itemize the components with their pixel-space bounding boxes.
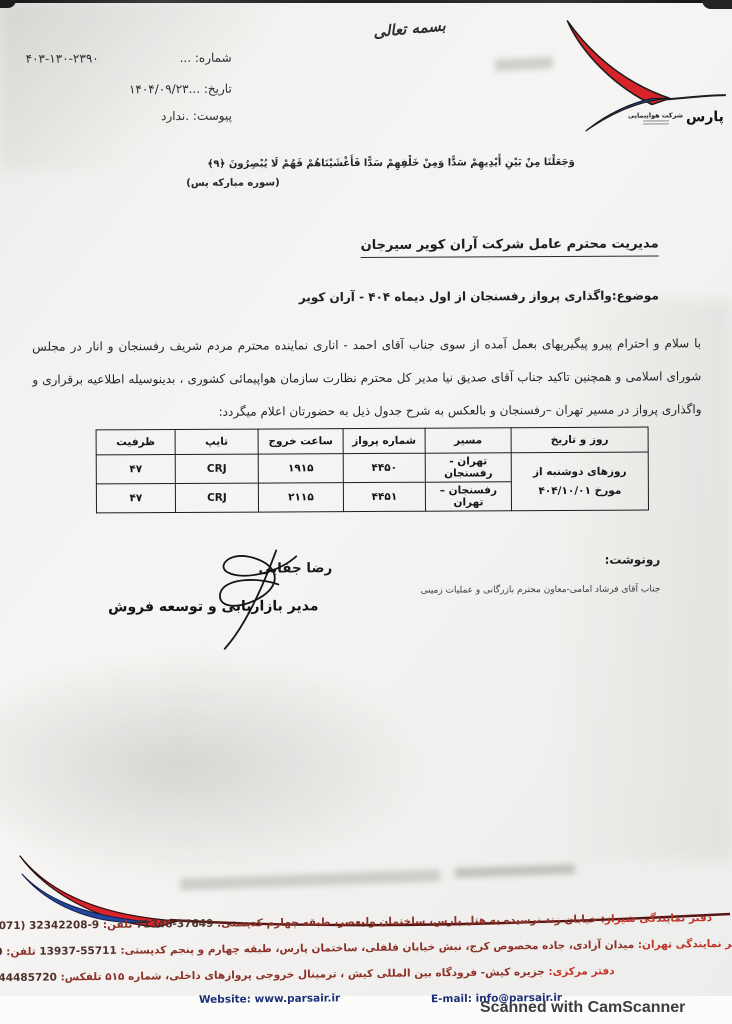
pars-bird-icon (547, 16, 728, 147)
logo-brand-name: پارس (686, 110, 724, 124)
type-cell: CRJ (175, 454, 258, 483)
flight-no-cell: ۴۴۵۱ (343, 482, 425, 511)
scanned-letter-page: بسمه تعالی شرکت هواپیمایی پارس شماره: ..… (0, 0, 732, 1024)
capacity-cell: ۴۷ (96, 454, 175, 483)
field-attachment-value: .ندارد (161, 109, 189, 123)
route-cell: رفسنجان – تهران (425, 482, 511, 511)
field-date-label: تاریخ: ... (189, 82, 232, 96)
day-date-cell: روزهای دوشنبه از مورخ ۴۰۴/۱۰/۰۱ (511, 452, 648, 511)
addressee-heading: مدیریت محترم عامل شرکت آران کویر سیرجان (361, 236, 659, 258)
header-departure: ساعت خروج (258, 429, 343, 454)
flight-table: روز و تاریخ مسیر شماره پرواز ساعت خروج ت… (96, 427, 649, 514)
logo-company-name: شرکت هواپیمایی (628, 112, 683, 119)
field-date: تاریخ: ... ۱۴۰۴/۰۹/۲۳ (26, 82, 232, 97)
day-date-line2: مورخ ۴۰۴/۱۰/۰۱ (515, 481, 645, 501)
header-capacity: ظرفیت (96, 429, 175, 454)
footer-website: Website: www.parsair.ir (199, 992, 340, 1006)
header-route: مسیر (425, 428, 511, 453)
cc-line: جناب آقای فرشاد امامی-معاون محترم بازرگا… (421, 584, 661, 595)
pars-air-logo: شرکت هواپیمایی پارس (547, 16, 728, 147)
logo-subtext: شرکت هواپیمایی (628, 112, 683, 125)
field-number-value: ۴۰۳-۱۳۰-۲۳۹۰ (26, 51, 99, 65)
header-type: تایپ (175, 429, 258, 454)
departure-cell: ۱۹۱۵ (258, 454, 343, 483)
subject-line: موضوع:واگذاری پرواز رفسنجان از اول دیماه… (299, 288, 659, 304)
logo-subtext-line (643, 123, 669, 125)
verse-text: وَجَعَلْنَا مِنْ بَيْنِ أَيْدِيهِمْ سَدً… (186, 157, 596, 170)
letter-meta-fields: شماره: ... ۴۰۳-۱۳۰-۲۳۹۰ تاریخ: ... ۱۴۰۴/… (26, 51, 232, 137)
field-date-value: ۱۴۰۴/۰۹/۲۳ (129, 82, 189, 96)
logo-text: شرکت هواپیمایی پارس (628, 110, 724, 125)
field-attachment: پیوست: .ندارد (26, 109, 232, 124)
table-header-row: روز و تاریخ مسیر شماره پرواز ساعت خروج ت… (96, 427, 648, 455)
flight-no-cell: ۴۴۵۰ (343, 453, 425, 482)
type-cell: CRJ (175, 483, 258, 512)
cc-section: رونوشت: جناب آقای فرشاد امامی-معاون محتر… (420, 552, 660, 595)
departure-cell: ۲۱۱۵ (258, 483, 343, 512)
field-number: شماره: ... ۴۰۳-۱۳۰-۲۳۹۰ (26, 51, 232, 66)
logo-subtext-line (642, 120, 668, 122)
signature-block: رضا جفایی مدیر بازاریابی و توسعه فروش (100, 546, 341, 657)
header-flight-no: شماره پرواز (343, 428, 425, 453)
table-row: روزهای دوشنبه از مورخ ۴۰۴/۱۰/۰۱ تهران - … (96, 452, 648, 484)
quran-verse: وَجَعَلْنَا مِنْ بَيْنِ أَيْدِيهِمْ سَدً… (186, 157, 596, 189)
bismillah-calligraphy: بسمه تعالی (349, 14, 470, 43)
capacity-cell: ۴۷ (96, 483, 175, 512)
field-attachment-label: پیوست: (193, 109, 232, 123)
header-day-date: روز و تاریخ (511, 427, 648, 453)
signatory-title: مدیر بازاریابی و توسعه فروش (108, 598, 318, 615)
day-date-line1: روزهای دوشنبه از (515, 462, 645, 482)
cc-label: رونوشت: (420, 552, 660, 567)
body-paragraph: با سلام و احترام پیرو پیگیریهای بعمل آمد… (32, 327, 702, 430)
field-number-label: شماره: ... (180, 51, 232, 65)
route-cell: تهران - رفسنجان (425, 453, 511, 482)
verse-source: (سوره مبارکه یس) (186, 176, 596, 189)
camscanner-watermark: Scanned with CamScanner (480, 999, 685, 1017)
